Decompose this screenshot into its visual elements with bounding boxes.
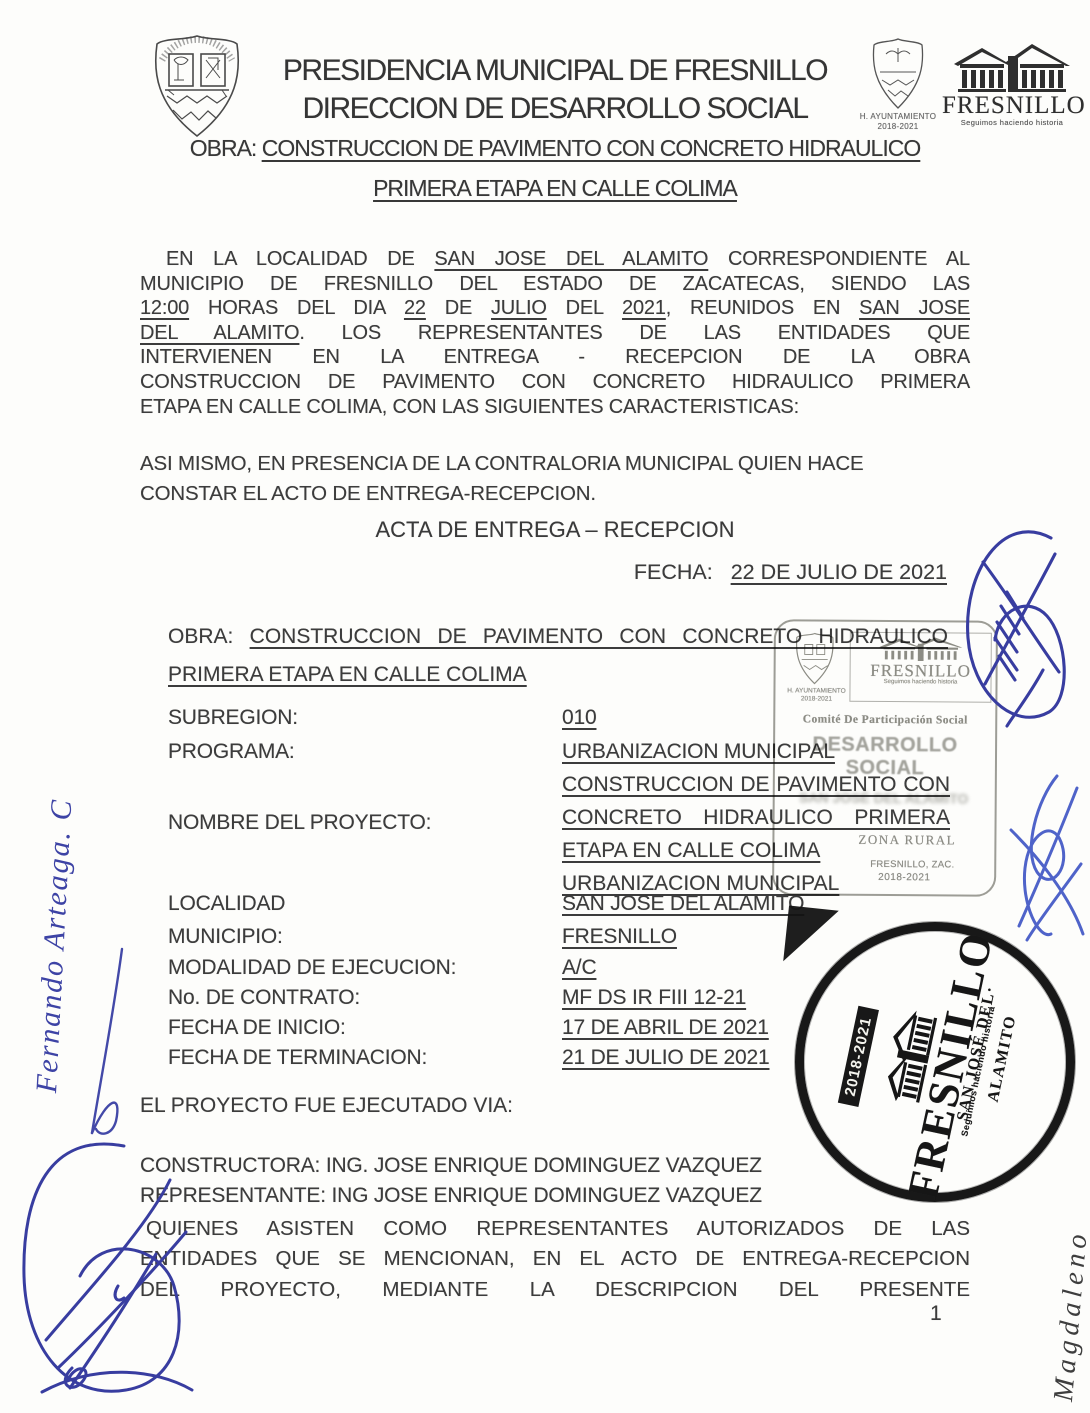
stamp-desarrollo-line: DESARROLLO SOCIAL	[775, 733, 995, 781]
intro-paragraph: EN LA LOCALIDAD DE SAN JOSE DEL ALAMITO …	[140, 247, 970, 419]
stamp-comite-line: Comité De Participación Social	[775, 713, 995, 727]
stamp-city-line: FRESNILLO, ZAC.	[870, 859, 954, 871]
stamp-localidad-line: SAN JOSÉ DEL ALAMITO	[789, 789, 979, 806]
contraloria-paragraph: ASI MISMO, EN PRESENCIA DE LA CONTRALORI…	[140, 449, 970, 509]
stamp-fresnillo-logo: FRESNILLO Seguimos haciendo historia	[849, 632, 991, 703]
stamp-years-line: 2018-2021	[878, 872, 930, 883]
field-label-modalidad: MODALIDAD DE EJECUCION:	[168, 956, 456, 980]
field-label-fecha-terminacion: FECHA DE TERMINACION:	[168, 1046, 427, 1070]
handwritten-name-right: Magdaleno	[1048, 1228, 1090, 1403]
field-label-subregion: SUBREGION:	[168, 706, 298, 730]
crest-caption-line1: H. AYUNTAMIENTO	[858, 112, 938, 122]
circular-seal-stamp: FRESNILLO Seguimos haciendo historia 201…	[795, 922, 1075, 1202]
ayuntamiento-crest-icon	[866, 36, 930, 112]
ayuntamiento-crest: H. AYUNTAMIENTO 2018-2021	[858, 36, 938, 132]
institution-title: PRESIDENCIA MUNICIPAL DE FRESNILLO	[140, 52, 970, 90]
fresnillo-logo: FRESNILLO Seguimos haciendo historia	[942, 42, 1082, 127]
stamp-brand: FRESNILLO	[851, 663, 991, 680]
stamp-crest-caption: H. AYUNTAMIENTO 2018-2021	[785, 687, 847, 703]
obra-heading: OBRA: CONSTRUCCION DE PAVIMENTO CON CONC…	[140, 128, 970, 208]
field-label-municipio: MUNICIPIO:	[168, 925, 283, 949]
fresnillo-logo-name: FRESNILLO	[942, 94, 1082, 118]
institution-subtitle: DIRECCION DE DESARROLLO SOCIAL	[140, 90, 970, 128]
committee-stamp: H. AYUNTAMIENTO 2018-2021	[772, 619, 998, 897]
closing-paragraph: QUIENES ASISTEN COMO REPRESENTANTES AUTO…	[140, 1214, 970, 1305]
ejecutado-via-line: EL PROYECTO FUE EJECUTADO VIA:	[140, 1094, 513, 1118]
field-label-programa: PROGRAMA:	[168, 740, 295, 764]
field-label-proyecto: NOMBRE DEL PROYECTO:	[168, 811, 431, 835]
scanned-document-page: PRESIDENCIA MUNICIPAL DE FRESNILLO DIREC…	[0, 0, 1090, 1413]
stamp-zona-line: ZONA RURAL	[858, 832, 956, 849]
stamp-crest-icon	[792, 631, 838, 685]
field-label-fecha-inicio: FECHA DE INICIO:	[168, 1016, 346, 1040]
fecha-label: FECHA:	[634, 560, 713, 584]
handwritten-name-left: Fernando Arteaga. C	[30, 797, 79, 1093]
field-label-contrato: No. DE CONTRATO:	[168, 986, 360, 1010]
field-label-localidad: LOCALIDAD	[168, 892, 285, 916]
fresnillo-building-icon	[952, 42, 1072, 94]
signature-scribble-mid-right	[995, 772, 1090, 947]
signature-line-left	[82, 945, 127, 1140]
page-number: 1	[930, 1302, 942, 1326]
fecha-value: 22 DE JULIO DE 2021	[731, 560, 947, 584]
stamp-building-icon	[878, 637, 964, 664]
fecha-line: FECHA: 22 DE JULIO DE 2021	[140, 560, 947, 585]
acta-title: ACTA DE ENTREGA – RECEPCION	[140, 517, 970, 543]
document-header: PRESIDENCIA MUNICIPAL DE FRESNILLO DIREC…	[140, 52, 970, 128]
fresnillo-logo-tagline: Seguimos haciendo historia	[942, 118, 1082, 127]
